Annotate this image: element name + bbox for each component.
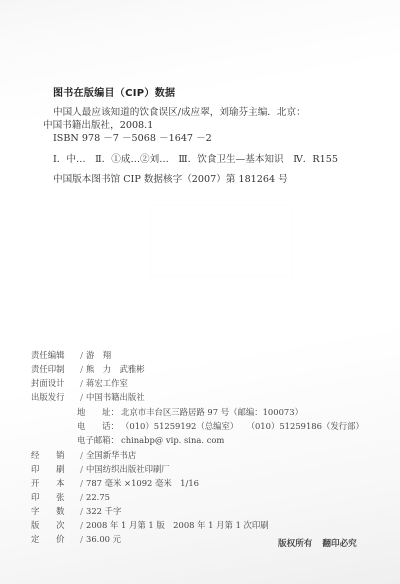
colophon-row-price: 定 价/36.00 元 (31, 532, 121, 546)
row-value: 322 千字 (86, 506, 121, 516)
separator: / (77, 348, 86, 362)
separator: / (77, 390, 86, 404)
row-value: 全国新华书店 (86, 450, 136, 460)
row-label: 印 张 (31, 490, 77, 504)
colophon-row-word-count: 字 数/322 千字 (31, 504, 121, 518)
colophon-row-editor: 责任编辑/游 翔 (31, 348, 111, 362)
separator: / (77, 490, 86, 504)
separator: / (77, 504, 86, 518)
copyright-piracy-warning: 翻印必究 (322, 539, 356, 549)
row-value: 2008 年 1 月第 1 版 2008 年 1 月第 1 次印刷 (86, 520, 269, 530)
detail-label: 电 话： (77, 419, 121, 433)
row-value: 熊 力 武雅彬 (86, 364, 145, 374)
detail-value: chinabp@ vip. sina. com (121, 435, 224, 445)
separator: / (77, 448, 86, 462)
row-label: 经 销 (31, 448, 77, 462)
separator: / (77, 518, 86, 532)
cip-isbn: ISBN 978 －7 －5068 －1647 －2 (53, 130, 212, 144)
row-label: 开 本 (31, 476, 77, 490)
colophon-row-distributor: 经 销/全国新华书店 (31, 448, 136, 462)
separator: / (77, 362, 86, 376)
detail-label: 地 址： (77, 405, 121, 419)
publisher-address: 地 址：北京市丰台区三路居路 97 号（邮编：100073） (77, 405, 303, 419)
row-label: 定 价 (31, 532, 77, 546)
separator: / (77, 376, 86, 390)
publisher-phone: 电 话：（010）51259192（总编室） （010）51259186（发行部… (77, 419, 364, 433)
publisher-email: 电子邮箱：chinabp@ vip. sina. com (77, 433, 224, 447)
cip-title: 图书在版编目（CIP）数据 (53, 84, 175, 99)
colophon-row-publisher: 出版发行/中国书籍出版社 (31, 390, 145, 404)
colophon-row-cover-design: 封面设计/蒋宏工作室 (31, 376, 128, 390)
colophon-row-sheets: 印 张/22.75 (31, 490, 110, 504)
row-label: 责任编辑 (31, 348, 77, 362)
row-value: 中国纺织出版社印刷厂 (86, 464, 170, 474)
cip-description-line1: 中国人最应该知道的饮食误区/成应翠，刘瑜芬主编．北京： (53, 104, 306, 118)
row-value: 787 毫米 ×1092 毫米 1/16 (86, 478, 199, 488)
row-label: 版 次 (31, 518, 77, 532)
cip-description-line2: 中国书籍出版社，2008.1 (43, 117, 153, 131)
row-value: 中国书籍出版社 (86, 392, 145, 402)
row-label: 责任印制 (31, 362, 77, 376)
row-value: 游 翔 (86, 350, 111, 360)
cip-categories: Ⅰ．中… Ⅱ．①成…②刘… Ⅲ．饮食卫生—基本知识 Ⅳ．R155 (53, 151, 338, 165)
separator: / (77, 476, 86, 490)
detail-value: （010）51259192（总编室） （010）51259186（发行部） (121, 421, 364, 431)
row-value: 36.00 元 (86, 534, 121, 544)
copyright-all-rights: 版权所有 (278, 539, 312, 549)
colophon-row-print-supervisor: 责任印制/熊 力 武雅彬 (31, 362, 145, 376)
row-label: 字 数 (31, 504, 77, 518)
colophon-row-edition: 版 次/2008 年 1 月第 1 版 2008 年 1 月第 1 次印刷 (31, 518, 269, 532)
detail-value: 北京市丰台区三路居路 97 号（邮编：100073） (121, 407, 303, 417)
cip-number: 中国版本图书馆 CIP 数据核字（2007）第 181264 号 (53, 171, 288, 185)
row-value: 22.75 (86, 492, 110, 502)
row-label: 封面设计 (31, 376, 77, 390)
row-label: 出版发行 (31, 390, 77, 404)
show-through-ghost (150, 205, 292, 277)
copyright-notice: 版权所有翻印必究 (278, 537, 357, 549)
row-label: 印 刷 (31, 462, 77, 476)
separator: / (77, 532, 86, 546)
colophon-row-printer: 印 刷/中国纺织出版社印刷厂 (31, 462, 170, 476)
separator: / (77, 462, 86, 476)
colophon-row-format: 开 本/787 毫米 ×1092 毫米 1/16 (31, 476, 199, 490)
detail-label: 电子邮箱： (77, 433, 121, 447)
row-value: 蒋宏工作室 (86, 378, 128, 388)
